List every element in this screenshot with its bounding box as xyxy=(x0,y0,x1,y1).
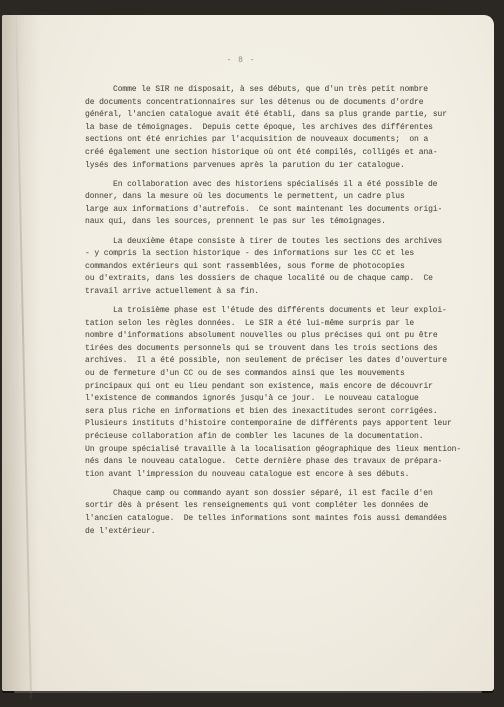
text-line: tirées des documents personnels qui se t… xyxy=(85,343,469,356)
text-line: l'existence de commandos ignorés jusqu'à… xyxy=(85,393,469,406)
text-line: Chaque camp ou commando ayant son dossie… xyxy=(85,488,469,501)
text-line: sortir dès à présent les renseignements … xyxy=(85,500,469,513)
document-body: Comme le SIR ne disposait, à ses débuts,… xyxy=(85,84,469,545)
text-line: Un groupe spécialisé travaille à la loca… xyxy=(85,444,469,457)
text-line: lysés des informations parvenues après l… xyxy=(85,160,469,173)
text-line: l'ancien catalogue. De telles informatio… xyxy=(85,513,469,526)
paragraph: Chaque camp ou commando ayant son dossie… xyxy=(85,488,469,538)
paragraph: En collaboration avec des historiens spé… xyxy=(85,179,469,229)
text-line: - y compris la section historique - des … xyxy=(85,248,469,261)
paragraph: Comme le SIR ne disposait, à ses débuts,… xyxy=(85,84,469,172)
text-line: créé également une section historique où… xyxy=(85,147,469,160)
text-line: tation selon les règles données. Le SIR … xyxy=(85,318,469,331)
text-line: La troisième phase est l'étude des diffé… xyxy=(85,305,469,318)
document-page: - 8 - Comme le SIR ne disposait, à ses d… xyxy=(2,15,494,691)
page-number: - 8 - xyxy=(2,55,480,67)
text-line: commandos extérieurs qui sont rassemblée… xyxy=(85,261,469,274)
text-line: Plusieurs instituts d'histoire contempor… xyxy=(85,418,469,431)
text-line: La deuxième étape consiste à tirer de to… xyxy=(85,236,469,249)
text-line: général, l'ancien catalogue avait été ét… xyxy=(85,109,469,122)
paragraph: La troisième phase est l'étude des diffé… xyxy=(85,305,469,481)
text-line: ou de fermeture d'un CC ou de ses comman… xyxy=(85,368,469,381)
page-gutter-shadow xyxy=(2,15,40,691)
text-line: nombre d'informations absolument nouvell… xyxy=(85,330,469,343)
text-line: ou d'extraits, dans les dossiers de chaq… xyxy=(85,273,469,286)
text-line: donner, dans la mesure où les documents … xyxy=(85,191,469,204)
text-line: la base de témoignages. Depuis cette épo… xyxy=(85,122,469,135)
text-line: nés dans le nouveau catalogue. Cette der… xyxy=(85,456,469,469)
text-line: précieuse collaboration afin de combler … xyxy=(85,431,469,444)
text-line: travail arrive actuellement à sa fin. xyxy=(85,286,469,299)
text-line: de l'extérieur. xyxy=(85,526,469,539)
text-line: principaux qui ont eu lieu pendant son e… xyxy=(85,381,469,394)
text-line: sections ont été enrichies par l'acquisi… xyxy=(85,134,469,147)
text-line: sera plus riche en informations et bien … xyxy=(85,406,469,419)
text-line: archives. Il a été possible, non seuleme… xyxy=(85,355,469,368)
text-line: Comme le SIR ne disposait, à ses débuts,… xyxy=(85,84,469,97)
text-line: tion avant l'impression du nouveau catal… xyxy=(85,469,469,482)
text-line: En collaboration avec des historiens spé… xyxy=(85,179,469,192)
text-line: de documents concentrationnaires sur les… xyxy=(85,97,469,110)
page-bottom-edge xyxy=(14,691,482,693)
text-line: large aux informations d'autrefois. Ce s… xyxy=(85,204,469,217)
paragraph: La deuxième étape consiste à tirer de to… xyxy=(85,236,469,299)
scan-background: - 8 - Comme le SIR ne disposait, à ses d… xyxy=(0,0,504,707)
text-line: naux qui, dans les sources, prennent le … xyxy=(85,216,469,229)
